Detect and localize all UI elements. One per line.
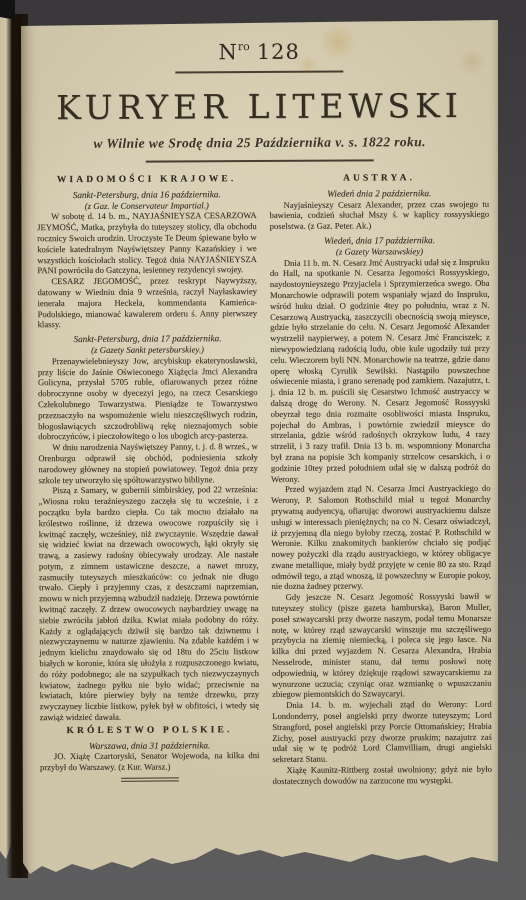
masthead-rule-top <box>175 71 343 74</box>
article-paragraph: W sobotę d. 14 b. m., NAYJAŚNIEYSZA CESA… <box>37 210 257 276</box>
issue-superscript: ro <box>238 40 250 53</box>
article-paragraph: JO. Xiążę Czartoryski, Senator Wojewoda,… <box>40 750 260 773</box>
article-paragraph: Gdy jeszcze N. Cesarz Jegomość Rossyyski… <box>272 591 492 700</box>
article-paragraph: W dniu narodzenia Nayświętszey Panny, t.… <box>38 441 258 485</box>
article-paragraph: Piszą z Samary, w gubernii simbirskiey, … <box>38 484 259 723</box>
right-column: AUSTRYA. Wiedeń dnia 2 października. Nay… <box>269 170 492 847</box>
page-content: Nro128 KURYER LITEWSKI w Wilnie we Srodę… <box>20 13 502 848</box>
masthead-dateline: w Wilnie we Srodę dnia 25 Października v… <box>21 134 499 153</box>
section-header-domestic-news: WIADOMOŚCI KRAJOWE. <box>37 174 257 186</box>
article-paragraph: Przenaywielebnieyszy Jow, arcybiskup eka… <box>38 355 258 443</box>
section-end-rule <box>121 777 179 781</box>
article-paragraph: Dnia 11 b. m. N. Cesarz Jmć Austryacki u… <box>270 256 491 484</box>
section-header-kingdom-of-poland: KRÓLESTWO POLSKIE. <box>40 725 260 737</box>
section-header-austria: AUSTRYA. <box>269 173 489 185</box>
newspaper-title: KURYER LITEWSKI <box>20 86 498 128</box>
article-paragraph: Nayjaśnieyszy Cesarz Alexander, przez cz… <box>269 198 489 232</box>
issue-value: 128 <box>257 40 300 64</box>
newspaper-page: Nro128 KURYER LITEWSKI w Wilnie we Srodę… <box>20 14 498 880</box>
columns: WIADOMOŚCI KRAJOWE. Sankt-Petersburg, dn… <box>21 161 503 848</box>
article-paragraph: Dnia 14. b. m. wyjechali ztąd do Werony:… <box>272 699 492 765</box>
issue-number: Nro128 <box>20 13 498 66</box>
article-paragraph: Xiążę Kaunitz-Rittberg został uwolniony;… <box>272 764 492 787</box>
article-paragraph: CESARZ JEGOMOŚĆ, przez reskrypt Naywyższ… <box>37 275 257 330</box>
left-column: WIADOMOŚCI KRAJOWE. Sankt-Petersburg, dn… <box>37 171 260 848</box>
issue-prefix: N <box>218 40 238 64</box>
article-paragraph: Przed wyjazdem ztąd N. Cesarza Jmci Aust… <box>271 483 491 592</box>
